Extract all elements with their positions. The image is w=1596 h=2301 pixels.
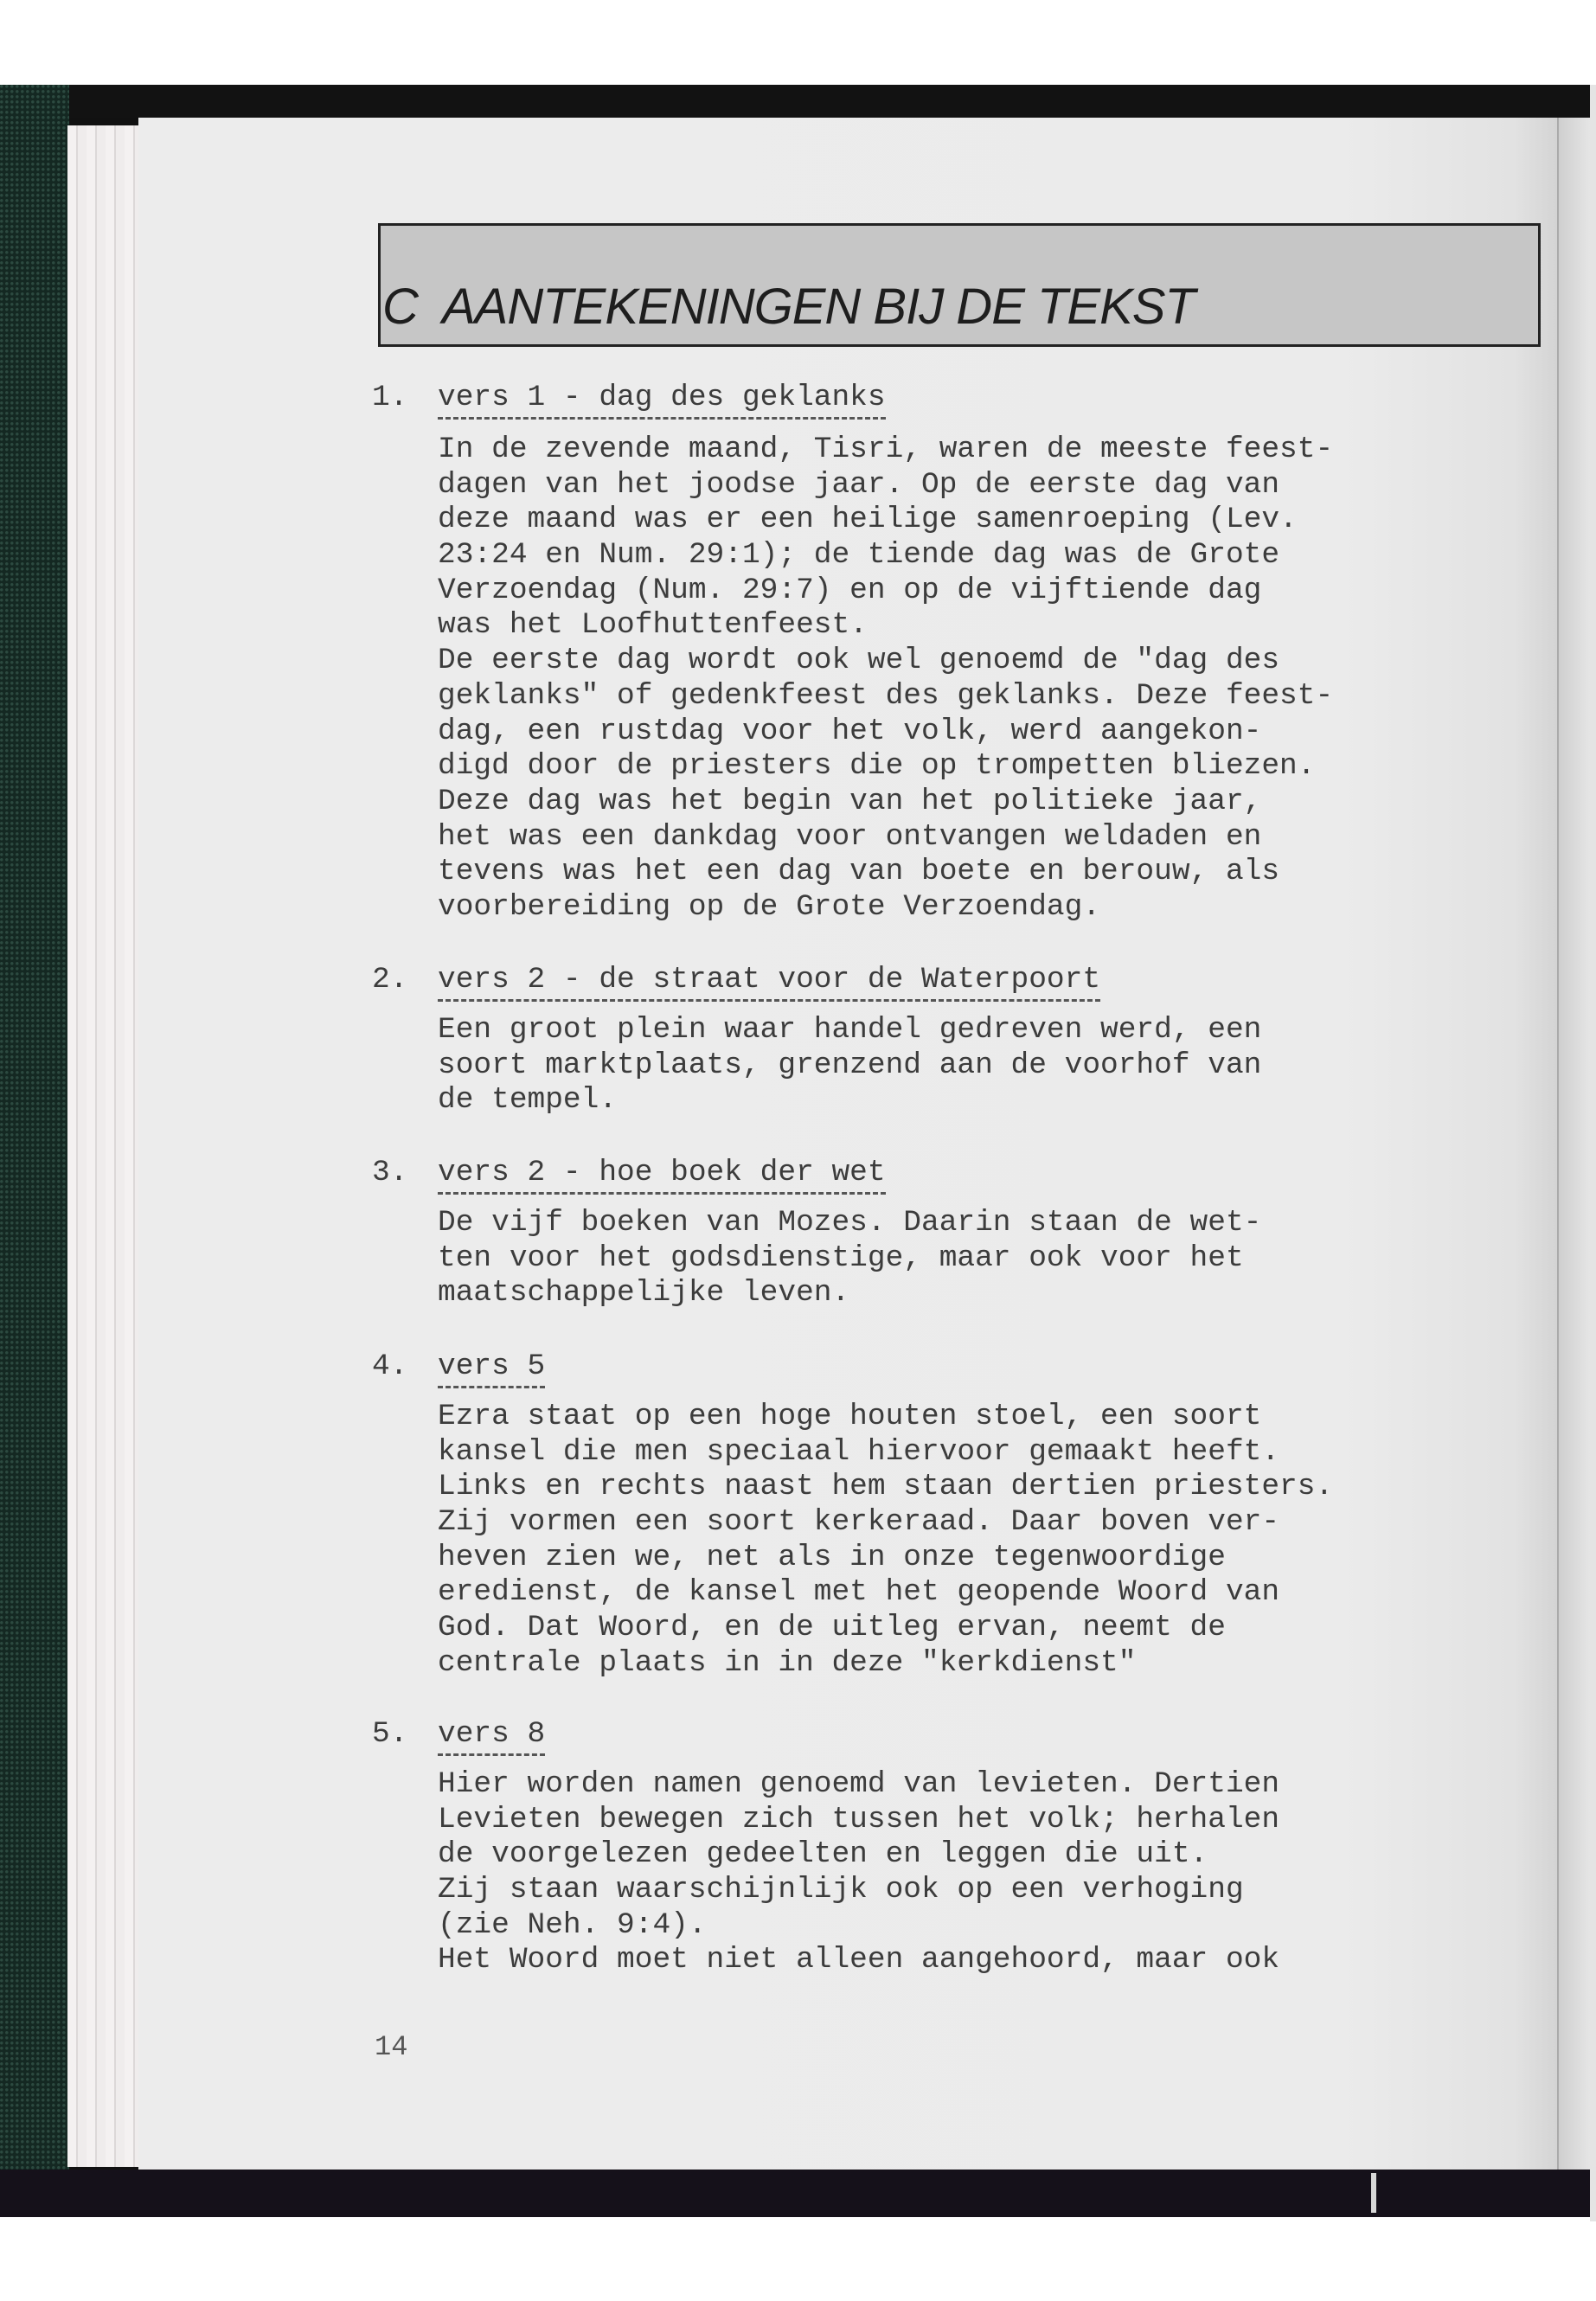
note-body-line: Het Woord moet niet alleen aangehoord, m… <box>438 1943 1528 1978</box>
note-body-line: het was een dankdag voor ontvangen welda… <box>438 820 1528 856</box>
note-body-line: Hier worden namen genoemd van levieten. … <box>438 1767 1528 1803</box>
note-body: Hier worden namen genoemd van levieten. … <box>438 1767 1528 1978</box>
note-body-line: tevens was het een dag van boete en bero… <box>438 855 1528 890</box>
note-number: 2. <box>372 963 407 997</box>
note-body-line: centrale plaats in in deze "kerkdienst" <box>438 1646 1528 1682</box>
note-body-line: Zij staan waarschijnlijk ook op een verh… <box>438 1873 1528 1908</box>
note-body-line: heven zien we, net als in onze tegenwoor… <box>438 1541 1528 1576</box>
note-number: 3. <box>372 1156 407 1190</box>
page-stack-edges <box>67 125 145 2167</box>
note-body-line: Links en rechts naast hem staan dertien … <box>438 1470 1528 1505</box>
cover-spine <box>0 85 69 2213</box>
cover-top-edge <box>0 85 1590 118</box>
note-body: Ezra staat op een hoge houten stoel, een… <box>438 1400 1528 1682</box>
note-heading: vers 1 - dag des geklanks <box>438 381 886 420</box>
note-body-line: eredienst, de kansel met het geopende Wo… <box>438 1575 1528 1611</box>
note-body-line: Zij vormen een soort kerkeraad. Daar bov… <box>438 1505 1528 1541</box>
note-body-line: 23:24 en Num. 29:1); de tiende dag was d… <box>438 538 1528 574</box>
section-title: C AANTEKENINGEN BIJ DE TEKST <box>382 278 1195 336</box>
note-body-line: soort marktplaats, grenzend aan de voorh… <box>438 1048 1528 1084</box>
section-header-box: C AANTEKENINGEN BIJ DE TEKST <box>378 223 1541 347</box>
note-body-line: voorbereiding op de Grote Verzoendag. <box>438 890 1528 926</box>
note-body-line: digd door de priesters die op trompetten… <box>438 749 1528 785</box>
note-body-line: De eerste dag wordt ook wel genoemd de "… <box>438 644 1528 679</box>
note-body-line: In de zevende maand, Tisri, waren de mee… <box>438 433 1528 468</box>
note-body-line: Verzoendag (Num. 29:7) en op de vijftien… <box>438 574 1528 609</box>
note-body: In de zevende maand, Tisri, waren de mee… <box>438 433 1528 926</box>
note-heading: vers 8 <box>438 1717 545 1756</box>
note-body-line: dagen van het joodse jaar. Op de eerste … <box>438 468 1528 503</box>
note-body-line: deze maand was er een heilige samenroepi… <box>438 503 1528 538</box>
cover-bottom-mark <box>1371 2173 1376 2213</box>
page-right-edge <box>1557 118 1592 2170</box>
note-body-line: de voorgelezen gedeelten en leggen die u… <box>438 1837 1528 1873</box>
note-body-line: Levieten bewegen zich tussen het volk; h… <box>438 1803 1528 1838</box>
note-body-line: maatschappelijke leven. <box>438 1276 1528 1311</box>
note-body-line: was het Loofhuttenfeest. <box>438 608 1528 644</box>
note-body: De vijf boeken van Mozes. Daarin staan d… <box>438 1206 1528 1311</box>
note-heading: vers 5 <box>438 1349 545 1388</box>
note-heading: vers 2 - de straat voor de Waterpoort <box>438 963 1100 1002</box>
note-body-line: ten voor het godsdienstige, maar ook voo… <box>438 1241 1528 1277</box>
note-body-line: God. Dat Woord, en de uitleg ervan, neem… <box>438 1611 1528 1646</box>
note-number: 5. <box>372 1717 407 1752</box>
note-body-line: geklanks" of gedenkfeest des geklanks. D… <box>438 679 1528 715</box>
note-body-line: dag, een rustdag voor het volk, werd aan… <box>438 715 1528 750</box>
note-number: 1. <box>372 381 407 415</box>
note-body-line: De vijf boeken van Mozes. Daarin staan d… <box>438 1206 1528 1241</box>
scan-right-margin <box>1590 85 1596 2221</box>
scan-background <box>0 0 1596 85</box>
note-body: Een groot plein waar handel gedreven wer… <box>438 1013 1528 1118</box>
note-body-line: de tempel. <box>438 1083 1528 1118</box>
note-body-line: Een groot plein waar handel gedreven wer… <box>438 1013 1528 1048</box>
note-body-line: Deze dag was het begin van het politieke… <box>438 785 1528 820</box>
cover-bottom-edge <box>0 2170 1590 2217</box>
note-body-line: (zie Neh. 9:4). <box>438 1908 1528 1944</box>
note-heading: vers 2 - hoe boek der wet <box>438 1156 886 1195</box>
note-body-line: Ezra staat op een hoge houten stoel, een… <box>438 1400 1528 1435</box>
note-body-line: kansel die men speciaal hiervoor gemaakt… <box>438 1435 1528 1471</box>
note-number: 4. <box>372 1349 407 1384</box>
page-number: 14 <box>375 2031 407 2063</box>
